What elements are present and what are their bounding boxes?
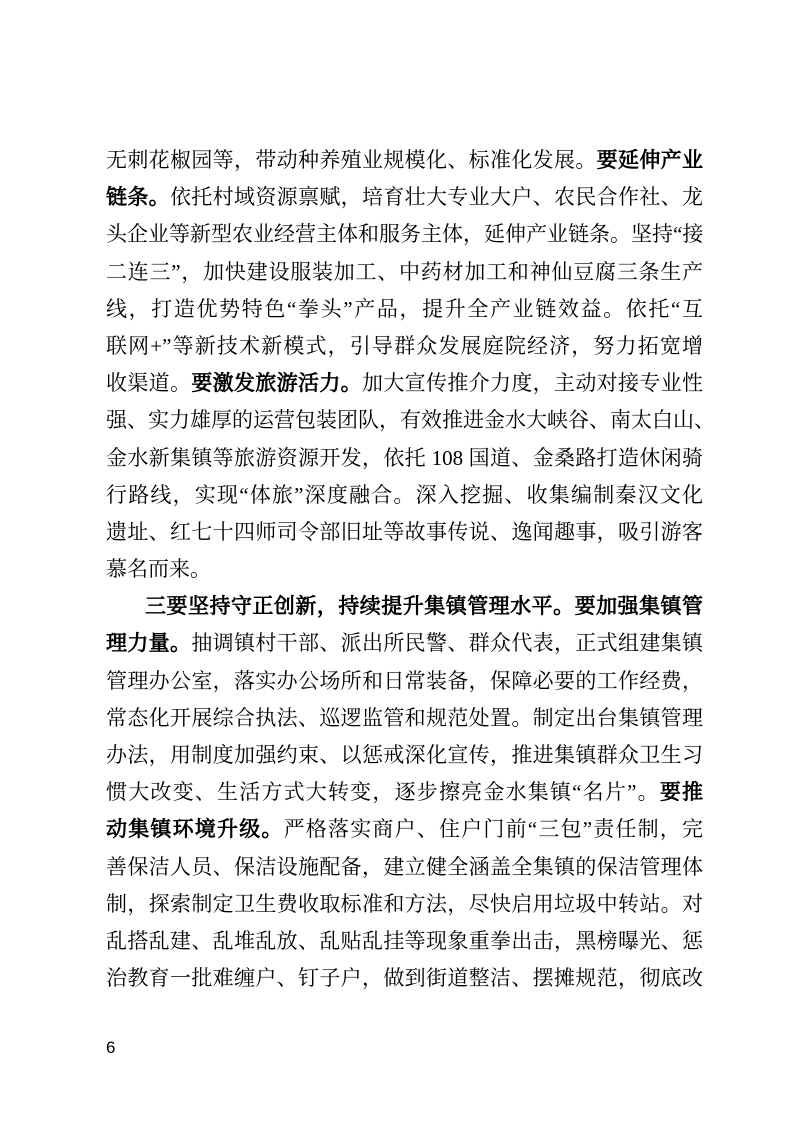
text-segment: 常态化开展综合执法、巡逻监管和规范处置。制定出台集镇管理 (106, 706, 703, 730)
document-line: 行路线，实现“体旅”深度融合。深入挖掘、收集编制秦汉文化 (106, 477, 703, 514)
document-line: 链条。依托村域资源禀赋，培育壮大专业大户、农民合作社、龙 (106, 179, 703, 216)
document-line: 强、实力雄厚的运营包装团队，有效推进金水大峡谷、南太白山、 (106, 402, 703, 439)
bold-text-segment: 理力量。 (106, 631, 191, 655)
text-segment: 治教育一批难缠户、钉子户，做到街道整洁、摆摊规范，彻底改 (106, 966, 703, 990)
bold-text-segment: 要推 (660, 780, 703, 804)
text-segment: 抽调镇村干部、派出所民警、群众代表，正式组建集镇 (191, 631, 703, 655)
document-line: 三要坚持守正创新，持续提升集镇管理水平。要加强集镇管 (106, 588, 703, 625)
text-segment: 强、实力雄厚的运营包装团队，有效推进金水大峡谷、南太白山、 (106, 408, 715, 432)
text-segment: 制，探索制定卫生费收取标准和方法，尽快启用垃圾中转站。对 (106, 892, 703, 916)
document-line: 头企业等新型农业经营主体和服务主体，延伸产业链条。坚持“接 (106, 216, 703, 253)
document-line: 乱搭乱建、乱堆乱放、乱贴乱挂等现象重拳出击，黑榜曝光、惩 (106, 923, 703, 960)
bold-text-segment: 动集镇环境升级。 (106, 817, 284, 841)
document-line: 金水新集镇等旅游资源开发，依托 108 国道、金桑路打造休闲骑 (106, 440, 703, 477)
bold-text-segment: 链条。 (106, 185, 170, 209)
document-line: 善保洁人员、保洁设施配备，建立健全涵盖全集镇的保洁管理体 (106, 849, 703, 886)
text-segment: 管理办公室，落实办公场所和日常装备，保障必要的工作经费， (106, 669, 703, 693)
text-segment: 二连三”，加快建设服装加工、中药材加工和神仙豆腐三条生产 (106, 260, 703, 284)
document-line: 慕名而来。 (106, 551, 703, 588)
document-line: 常态化开展综合执法、巡逻监管和规范处置。制定出台集镇管理 (106, 700, 703, 737)
document-line: 遗址、红七十四师司令部旧址等故事传说、逸闻趣事，吸引游客 (106, 514, 703, 551)
bold-text-segment: 要激发旅游活力。 (191, 371, 362, 395)
bold-text-segment: 三要坚持守正创新，持续提升集镇管理水平。要加强集镇管 (145, 594, 703, 618)
document-line: 惯大改变、生活方式大转变，逐步擦亮金水集镇“名片”。要推 (106, 774, 703, 811)
text-segment: 金水新集镇等旅游资源开发，依托 108 国道、金桑路打造休闲骑 (106, 446, 703, 470)
bold-text-segment: 要延伸产业 (597, 148, 703, 172)
text-segment: 无刺花椒园等，带动种养殖业规模化、标准化发展。 (106, 148, 597, 172)
document-line: 联网+”等新技术新模式，引导群众发展庭院经济，努力拓宽增 (106, 328, 703, 365)
text-segment: 办法，用制度加强约束、以惩戒深化宣传，推进集镇群众卫生习 (106, 743, 703, 767)
text-segment: 头企业等新型农业经营主体和服务主体，延伸产业链条。坚持“接 (106, 222, 703, 246)
document-line: 无刺花椒园等，带动种养殖业规模化、标准化发展。要延伸产业 (106, 142, 703, 179)
text-segment: 加大宣传推介力度，主动对接专业性 (362, 371, 703, 395)
text-segment: 线，打造优势特色“拳头”产品，提升全产业链效益。依托“互 (106, 297, 703, 321)
text-segment: 乱搭乱建、乱堆乱放、乱贴乱挂等现象重拳出击，黑榜曝光、惩 (106, 929, 703, 953)
text-block: 无刺花椒园等，带动种养殖业规模化、标准化发展。要延伸产业链条。依托村域资源禀赋，… (106, 142, 703, 997)
text-segment: 联网+”等新技术新模式，引导群众发展庭院经济，努力拓宽增 (106, 334, 703, 358)
document-line: 管理办公室，落实办公场所和日常装备，保障必要的工作经费， (106, 663, 703, 700)
text-segment: 善保洁人员、保洁设施配备，建立健全涵盖全集镇的保洁管理体 (106, 855, 703, 879)
document-line: 收渠道。要激发旅游活力。加大宣传推介力度，主动对接专业性 (106, 365, 703, 402)
document-line: 办法，用制度加强约束、以惩戒深化宣传，推进集镇群众卫生习 (106, 737, 703, 774)
document-line: 理力量。抽调镇村干部、派出所民警、群众代表，正式组建集镇 (106, 625, 703, 662)
document-line: 二连三”，加快建设服装加工、中药材加工和神仙豆腐三条生产 (106, 254, 703, 291)
text-segment: 依托村域资源禀赋，培育壮大专业大户、农民合作社、龙 (170, 185, 703, 209)
text-segment: 严格落实商户、住户门前“三包”责任制，完 (284, 817, 703, 841)
text-segment: 惯大改变、生活方式大转变，逐步擦亮金水集镇“名片”。 (106, 780, 660, 804)
text-segment: 行路线，实现“体旅”深度融合。深入挖掘、收集编制秦汉文化 (106, 483, 703, 507)
document-line: 线，打造优势特色“拳头”产品，提升全产业链效益。依托“互 (106, 291, 703, 328)
document-line: 制，探索制定卫生费收取标准和方法，尽快启用垃圾中转站。对 (106, 886, 703, 923)
text-segment: 慕名而来。 (106, 557, 211, 581)
text-segment: 收渠道。 (106, 371, 191, 395)
document-line: 动集镇环境升级。严格落实商户、住户门前“三包”责任制，完 (106, 811, 703, 848)
document-page: 无刺花椒园等，带动种养殖业规模化、标准化发展。要延伸产业链条。依托村域资源禀赋，… (0, 0, 793, 1122)
page-number: 6 (106, 1038, 115, 1058)
text-segment: 遗址、红七十四师司令部旧址等故事传说、逸闻趣事，吸引游客 (106, 520, 703, 544)
document-line: 治教育一批难缠户、钉子户，做到街道整洁、摆摊规范，彻底改 (106, 960, 703, 997)
